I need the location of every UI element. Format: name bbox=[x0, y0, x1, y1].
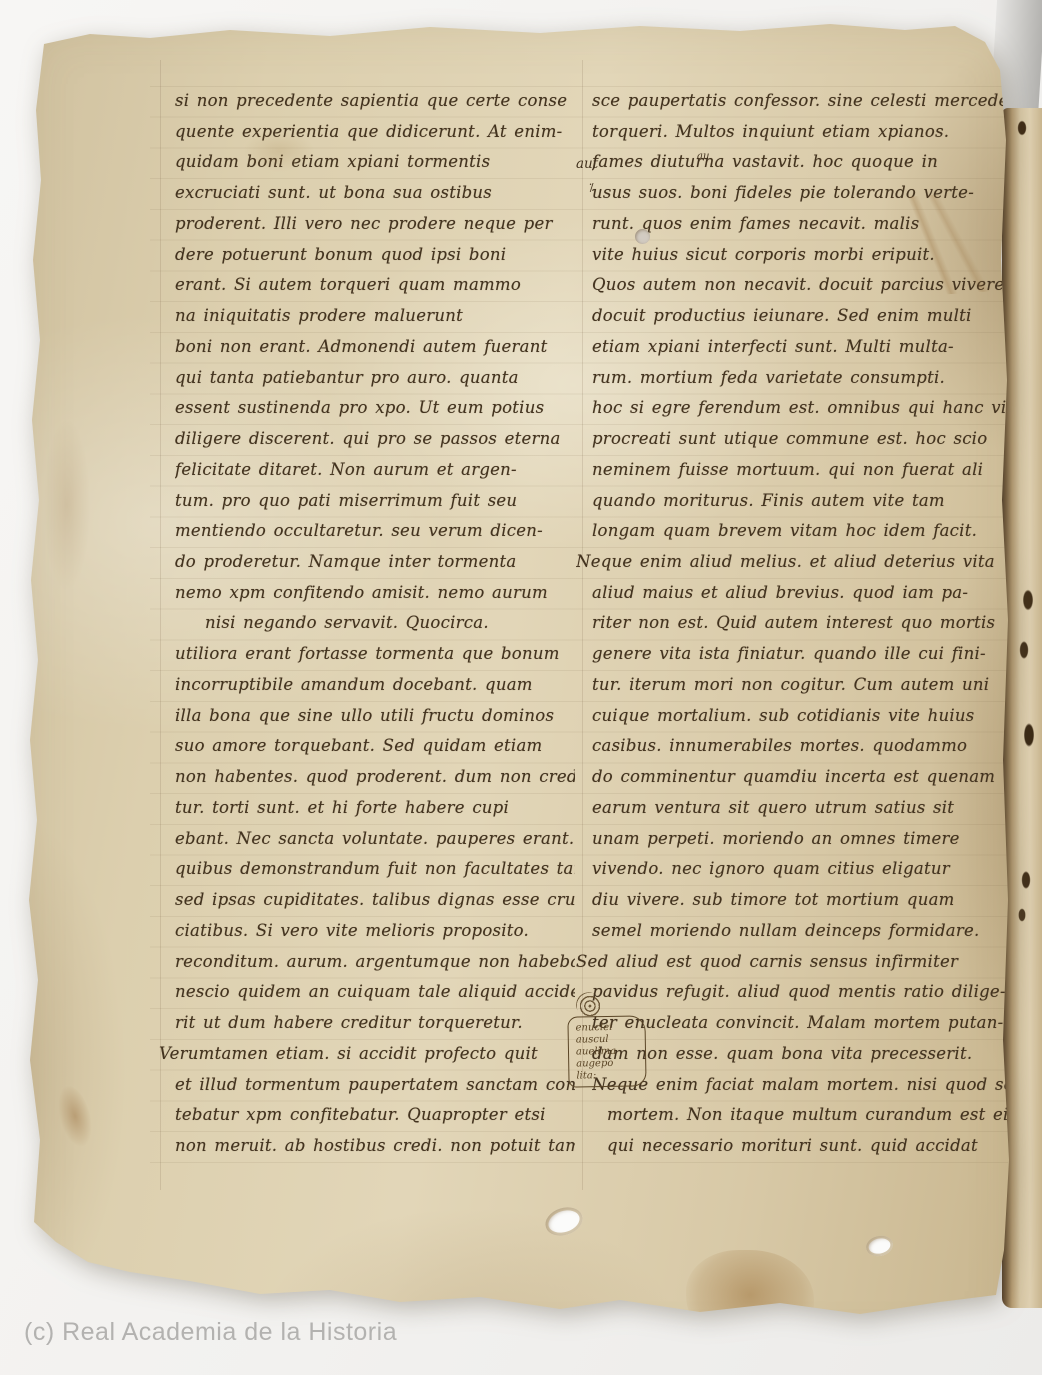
manuscript-line: aliud maius et aliud brevius. quod iam p… bbox=[592, 578, 1010, 609]
photograph-backdrop: { "photo": { "credit_line": "(c) Real Ac… bbox=[0, 0, 1042, 1375]
parchment-smudge bbox=[53, 1082, 97, 1149]
right-text-column: sce paupertatis confessor. sine celesti … bbox=[592, 86, 1010, 1162]
manuscript-line: felicitate ditaret. Non aurum et argen- bbox=[175, 455, 575, 486]
manuscript-line: qui necessario morituri sunt. quid accid… bbox=[592, 1131, 1010, 1162]
manuscript-line: nisi negando servavit. Quocirca. bbox=[175, 608, 575, 639]
manuscript-line: Neque enim faciat malam mortem. nisi quo… bbox=[592, 1070, 1010, 1101]
manuscript-line: ter enucleata convincit. Malam mortem pu… bbox=[592, 1008, 1010, 1039]
manuscript-line: rit ut dum habere creditur torqueretur. bbox=[175, 1008, 575, 1039]
manuscript-line: incorruptibile amandum docebant. quam bbox=[175, 670, 575, 701]
manuscript-line: neminem fuisse mortuum. qui non fuerat a… bbox=[592, 455, 1010, 486]
manuscript-line: lita: bbox=[576, 1069, 642, 1082]
manuscript-line: sce paupertatis confessor. sine celesti … bbox=[592, 86, 1010, 117]
manuscript-line: vite huius sicut corporis morbi eripuit. bbox=[592, 240, 1010, 271]
manuscript-line: excruciati sunt. ut bona sua ostibus bbox=[175, 178, 575, 209]
parchment-surface: si non precedente sapientia que certe co… bbox=[0, 0, 1042, 1375]
manuscript-line: fames diuturna vastavit. hoc quoque in bbox=[592, 147, 1010, 178]
manuscript-line: casibus. innumerabiles mortes. quodammo bbox=[592, 731, 1010, 762]
manuscript-line: erant. Si autem torqueri quam mammo bbox=[175, 270, 575, 301]
manuscript-line: qui tanta patiebantur pro auro. quanta bbox=[175, 363, 575, 394]
manuscript-line: vivendo. nec ignoro quam citius eligatur bbox=[592, 854, 1010, 885]
manuscript-line: tebatur xpm confitebatur. Quapropter ets… bbox=[175, 1100, 575, 1131]
ruling-vertical-left bbox=[160, 60, 161, 1190]
left-text-column: si non precedente sapientia que certe co… bbox=[175, 86, 575, 1162]
manuscript-line: nemo xpm confitendo amisit. nemo aurum bbox=[175, 578, 575, 609]
manuscript-line: utiliora erant fortasse tormenta que bon… bbox=[175, 639, 575, 670]
manuscript-line: tur. torti sunt. et hi forte habere cupi bbox=[175, 793, 575, 824]
interlinear-correction: au bbox=[697, 151, 709, 162]
manuscript-line: quando moriturus. Finis autem vite tam bbox=[592, 486, 1010, 517]
manuscript-line: Quos autem non necavit. docuit parcius v… bbox=[592, 270, 1010, 301]
copyright-credit: (c) Real Academia de la Historia bbox=[24, 1318, 397, 1347]
manuscript-line: ciatibus. Si vero vite melioris proposit… bbox=[175, 916, 575, 947]
parchment-stain-bottom bbox=[686, 1250, 814, 1350]
manuscript-line: hoc si egre ferendum est. omnibus qui ha… bbox=[592, 393, 1010, 424]
manuscript-line: nescio quidem an cuiquam tale aliquid ac… bbox=[175, 977, 575, 1008]
marginal-gloss: enucleiausculauelimaaugepolita: bbox=[567, 1015, 646, 1087]
parchment-folio: si non precedente sapientia que certe co… bbox=[0, 0, 1042, 1375]
manuscript-line: mortem. Non itaque multum curandum est e… bbox=[592, 1100, 1010, 1131]
manuscript-line: semel moriendo nullam deinceps formidare… bbox=[592, 916, 1010, 947]
manuscript-line: reconditum. aurum. argentumque non habeb… bbox=[175, 947, 575, 978]
manuscript-line: earum ventura sit quero utrum satius sit bbox=[592, 793, 1010, 824]
manuscript-line: do proderetur. Namque inter tormenta bbox=[175, 547, 575, 578]
manuscript-line: Neque enim aliud melius. et aliud deteri… bbox=[576, 547, 994, 578]
manuscript-line: cuique mortalium. sub cotidianis vite hu… bbox=[592, 701, 1010, 732]
manuscript-line: quibus demonstrandum fuit non facultates… bbox=[175, 854, 575, 885]
manuscript-line: mentiendo occultaretur. seu verum dicen- bbox=[175, 516, 575, 547]
manuscript-line: docuit productius ieiunare. Sed enim mul… bbox=[592, 301, 1010, 332]
manuscript-line: Verumtamen etiam. si accidit profecto qu… bbox=[159, 1039, 559, 1070]
manuscript-line: essent sustinenda pro xpo. Ut eum potius bbox=[175, 393, 575, 424]
manuscript-line: sed ipsas cupiditates. talibus dignas es… bbox=[175, 885, 575, 916]
marginal-siglum: ⁒ bbox=[589, 181, 594, 194]
parchment-hole bbox=[864, 1233, 895, 1258]
manuscript-line: non meruit. ab hostibus credi. non potui… bbox=[175, 1131, 575, 1162]
manuscript-line: genere vita ista finiatur. quando ille c… bbox=[592, 639, 1010, 670]
manuscript-line: ebant. Nec sancta voluntate. pauperes er… bbox=[175, 824, 575, 855]
manuscript-line: runt. quos enim fames necavit. malis bbox=[592, 209, 1010, 240]
parchment-hole bbox=[542, 1203, 586, 1240]
parchment-flaw-hole bbox=[635, 229, 650, 244]
manuscript-line: diligere discerent. qui pro se passos et… bbox=[175, 424, 575, 455]
manuscript-line: riter non est. Quid autem interest quo m… bbox=[592, 608, 1010, 639]
manuscript-line: suo amore torquebant. Sed quidam etiam bbox=[175, 731, 575, 762]
manuscript-line: proderent. Illi vero nec prodere neque p… bbox=[175, 209, 575, 240]
manuscript-line: tum. pro quo pati miserrimum fuit seu bbox=[175, 486, 575, 517]
manuscript-line: boni non erant. Admonendi autem fuerant bbox=[175, 332, 575, 363]
manuscript-line: usus suos. boni fideles pie tolerando ve… bbox=[592, 178, 1010, 209]
marginal-note-aut: aut bbox=[576, 156, 598, 172]
manuscript-line: illa bona que sine ullo utili fructu dom… bbox=[175, 701, 575, 732]
manuscript-line: quente experientia que didicerunt. At en… bbox=[175, 117, 575, 148]
manuscript-line: diu vivere. sub timore tot mortium quam bbox=[592, 885, 1010, 916]
manuscript-line: unam perpeti. moriendo an omnes timere bbox=[592, 824, 1010, 855]
manuscript-line: et illud tormentum paupertatem sanctam c… bbox=[175, 1070, 575, 1101]
manuscript-line: na iniquitatis prodere maluerunt bbox=[175, 301, 575, 332]
manuscript-line: rum. mortium feda varietate consumpti. bbox=[592, 363, 1010, 394]
manuscript-line: tur. iterum mori non cogitur. Cum autem … bbox=[592, 670, 1010, 701]
manuscript-line: pavidus refugit. aliud quod mentis ratio… bbox=[592, 977, 1010, 1008]
manuscript-line: do comminentur quamdiu incerta est quena… bbox=[592, 762, 1010, 793]
manuscript-line: dere potuerunt bonum quod ipsi boni bbox=[175, 240, 575, 271]
manuscript-line: dam non esse. quam bona vita precesserit… bbox=[592, 1039, 1010, 1070]
manuscript-line: longam quam brevem vitam hoc idem facit. bbox=[592, 516, 1010, 547]
manuscript-line: Sed aliud est quod carnis sensus infirmi… bbox=[576, 947, 994, 978]
manuscript-line: si non precedente sapientia que certe co… bbox=[175, 86, 575, 117]
manuscript-line: procreati sunt utique commune est. hoc s… bbox=[592, 424, 1010, 455]
manuscript-line: non habentes. quod proderent. dum non cr… bbox=[175, 762, 575, 793]
manuscript-line: torqueri. Multos inquiunt etiam xpianos. bbox=[592, 117, 1010, 148]
parchment-stain bbox=[44, 420, 90, 590]
manuscript-line: quidam boni etiam xpiani tormentis bbox=[175, 147, 575, 178]
manuscript-line: etiam xpiani interfecti sunt. Multi mult… bbox=[592, 332, 1010, 363]
